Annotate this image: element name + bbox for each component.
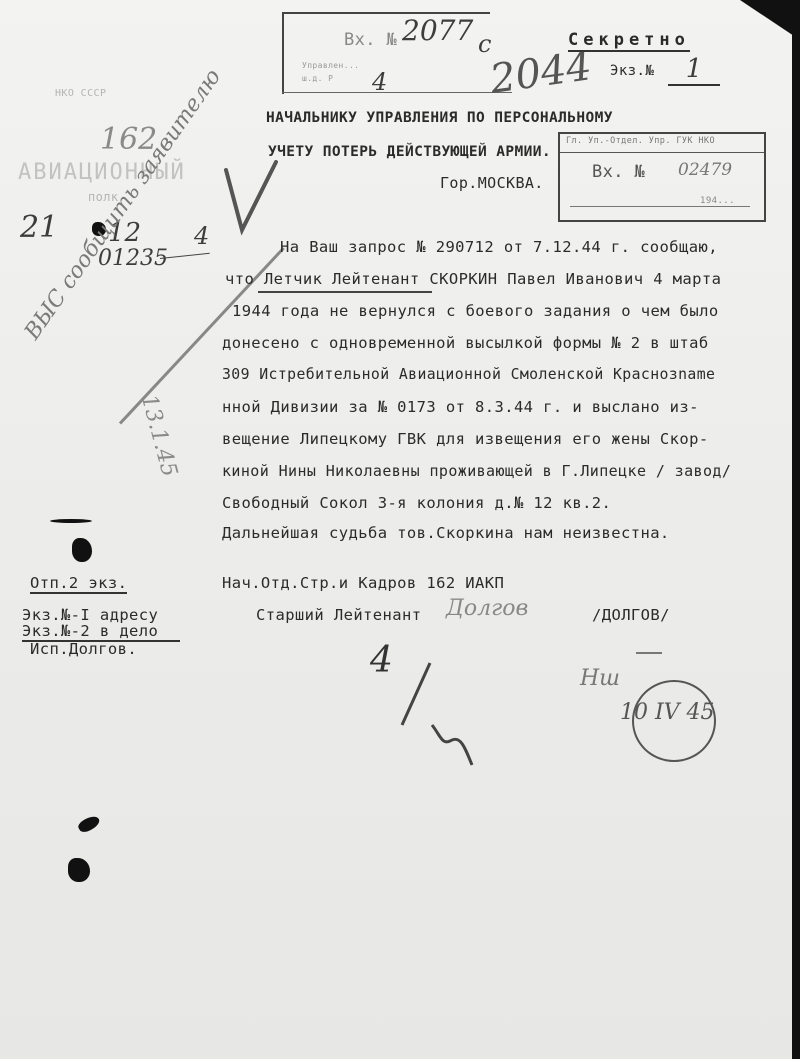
copy-label: Экз.№ — [610, 63, 654, 79]
classification-label: Секретно — [568, 30, 690, 52]
body-line: Дальнейшая судьба тов.Скоркина нам неизв… — [222, 524, 670, 542]
bottom-hand-mark-2: Нш — [580, 666, 620, 691]
body-line: 1944 года не вернулся с боевого задания … — [232, 302, 719, 320]
stamp-2-year: 194... — [700, 196, 735, 206]
stamp-sub-label-2: ш.д. Р — [302, 74, 333, 83]
body-line: вещение Липецкому ГВК для извещения его … — [222, 430, 709, 448]
checkmark-icon — [220, 160, 280, 240]
stamp-2-label: Вх. № — [592, 162, 645, 182]
hand-dash — [636, 652, 662, 654]
stamp-1-letter: с — [478, 30, 491, 58]
copies-title: Отп.2 экз. — [30, 574, 127, 594]
copy-number: 1 — [668, 54, 720, 86]
addressee-line-2: УЧЕТУ ПОТЕРЬ ДЕЙСТВУЮЩЕЙ АРМИИ. — [268, 144, 551, 160]
body-line: донесено с одновременной высылкой формы … — [222, 334, 709, 352]
stamp-2-header-line — [560, 152, 764, 153]
stamp-1-number: 2077 — [402, 14, 473, 47]
body-line: Свободный Сокол 3-я колония д.№ 12 кв.2. — [222, 494, 611, 512]
scan-edge — [792, 0, 800, 1059]
addressee-line-1: НАЧАЛЬНИКУ УПРАВЛЕНИЯ ПО ПЕРСОНАЛЬНОМУ — [266, 110, 613, 126]
left-stamp-line1: НКО СССР — [55, 88, 106, 99]
bottom-scribble — [380, 655, 490, 775]
stamp-1-hand-mark: 4 — [372, 68, 387, 96]
left-stamp-outgoing-number: 01235 — [98, 246, 168, 271]
stamp-2-number: 02479 — [678, 160, 732, 180]
scan-corner — [740, 0, 800, 40]
punch-hole — [68, 858, 90, 882]
body-line: 309 Истребительной Авиационной Смоленско… — [222, 366, 715, 383]
signature-scribble: Долгов — [446, 596, 528, 621]
incoming-stamp-2: Гл. Уп.-Отдел. Упр. ГУК НКО Вх. № 02479 … — [558, 132, 766, 222]
body-line: киной Нины Николаевны проживающей в Г.Ли… — [222, 462, 731, 480]
punch-hole — [72, 538, 92, 562]
date-circle-text: 10 IV 45 — [620, 700, 715, 725]
body-line: что Летчик Лейтенант СКОРКИН Павел Ивано… — [225, 270, 721, 288]
copies-line-2: Экз.№-2 в дело — [22, 622, 180, 642]
copies-line-3: Исп.Долгов. — [30, 640, 137, 658]
body-line: нной Дивизии за № 0173 от 8.3.44 г. и вы… — [222, 398, 699, 416]
rank-underline — [258, 291, 432, 293]
signature-rank: Старший Лейтенант — [256, 606, 421, 624]
left-stamp-hand-mark: 4 — [194, 222, 209, 250]
body-line: На Ваш запрос № 290712 от 7.12.44 г. соо… — [280, 238, 718, 256]
addressee-city: Гор.МОСКВА. — [440, 174, 544, 192]
stamp-sub-label: Управлен... — [302, 61, 359, 70]
punch-hole — [50, 519, 92, 523]
stamp-label: Вх. № — [344, 30, 397, 50]
stamp-divider — [282, 92, 512, 93]
signature-name: /ДОЛГОВ/ — [592, 606, 670, 624]
stamp-2-header: Гл. Уп.-Отдел. Упр. ГУК НКО — [566, 136, 715, 146]
signature-position: Нач.Отд.Стр.и Кадров 162 ИАКП — [222, 574, 504, 592]
left-stamp-date-day: 21 — [20, 210, 58, 245]
stamp-2-date-line — [570, 206, 750, 207]
